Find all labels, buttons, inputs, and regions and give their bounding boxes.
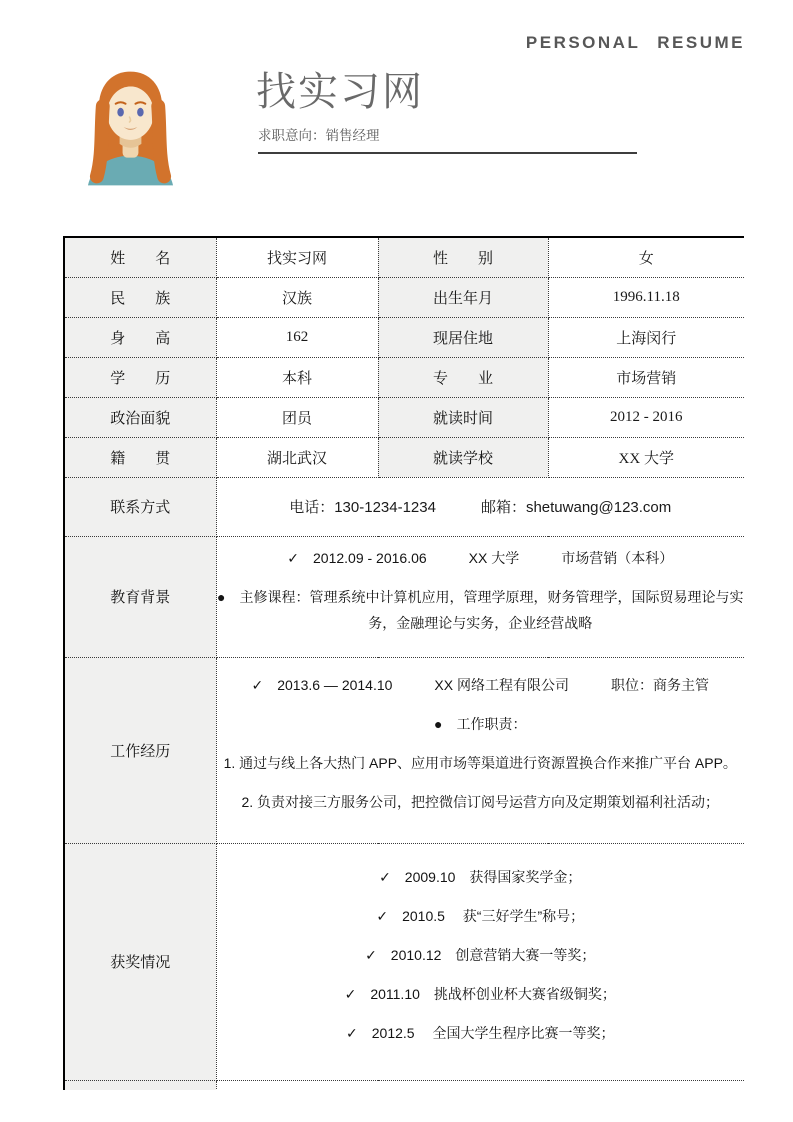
field-value-name: 找实习网 [216,237,378,277]
field-label-residence: 现居住地 [378,317,548,357]
section-line: ✓ 2011.10 挑战杯创业杯大赛省级铜奖； [217,981,745,1007]
field-label-ethnicity: 民 族 [64,277,216,317]
field-label-school: 就读学校 [378,437,548,477]
field-label-gender: 性 别 [378,237,548,277]
job-intention-text: 求职意向：销售经理 [258,124,380,144]
field-label-name: 姓 名 [64,237,216,277]
field-value-ethnicity: 汉族 [216,277,378,317]
field-value-political-status: 团员 [216,397,378,437]
basic-info-row: 姓 名 找实习网 性 别 女 [64,237,744,277]
applicant-name-title: 找实习网 [256,70,424,114]
section-line: 1. 通过与线上各大热门 APP、应用市场等渠道进行资源置换合作来推广平台 AP… [217,750,745,776]
field-value-major: 市场营销 [548,357,744,397]
field-value-residence: 上海闵行 [548,317,744,357]
field-value-gender: 女 [548,237,744,277]
section-label-awards: 获奖情况 [64,843,216,1080]
section-row-awards: 获奖情况 ✓ 2009.10 获得国家奖学金； ✓ 2010.5 获“三好学生”… [64,843,744,1080]
section-line: ✓ 2013.6 — 2014.10 XX 网络工程有限公司 职位：商务主管 [217,672,745,698]
field-value-height: 162 [216,317,378,357]
section-content-education: ✓ 2012.09 - 2016.06 XX 大学 市场营销（本科） ● 主修课… [216,536,744,657]
section-line: ● 主修课程：管理系统中计算机应用，管理学原理，财务管理学，国际贸易理论与实务，… [217,584,745,636]
field-value-study-period: 2012 - 2016 [548,397,744,437]
section-content-work: ✓ 2013.6 — 2014.10 XX 网络工程有限公司 职位：商务主管 ●… [216,657,744,843]
resume-page: PERSONAL RESUME [0,0,793,1122]
clipped-value-cell [216,1080,744,1090]
basic-info-row: 政治面貌 团员 就读时间 2012 - 2016 [64,397,744,437]
field-label-major: 专 业 [378,357,548,397]
field-label-political-status: 政治面貌 [64,397,216,437]
contact-row: 联系方式 电话：130-1234-1234 邮箱：shetuwang@123.c… [64,477,744,536]
resume-table: 姓 名 找实习网 性 别 女 民 族 汉族 出生年月 1996.11.18 身 … [63,236,744,1090]
section-line: ● 工作职责： [217,711,745,737]
section-line: ✓ 2010.5 获“三好学生”称号； [217,903,745,929]
field-label-education: 学 历 [64,357,216,397]
section-line: ✓ 2009.10 获得国家奖学金； [217,864,745,890]
basic-info-row: 民 族 汉族 出生年月 1996.11.18 [64,277,744,317]
field-label-study-period: 就读时间 [378,397,548,437]
section-label-education: 教育背景 [64,536,216,657]
basic-info-row: 身 高 162 现居住地 上海闵行 [64,317,744,357]
section-content-awards: ✓ 2009.10 获得国家奖学金； ✓ 2010.5 获“三好学生”称号； ✓… [216,843,744,1080]
clipped-next-row [64,1080,744,1090]
section-row-education: 教育背景 ✓ 2012.09 - 2016.06 XX 大学 市场营销（本科） … [64,536,744,657]
section-row-work: 工作经历 ✓ 2013.6 — 2014.10 XX 网络工程有限公司 职位：商… [64,657,744,843]
field-value-school: XX 大学 [548,437,744,477]
field-value-birthdate: 1996.11.18 [548,277,744,317]
field-value-native-place: 湖北武汉 [216,437,378,477]
personal-resume-heading: PERSONAL RESUME [526,33,745,53]
basic-info-row: 籍 贯 湖北武汉 就读学校 XX 大学 [64,437,744,477]
section-line: ✓ 2010.12 创意营销大赛一等奖； [217,942,745,968]
contact-value: 电话：130-1234-1234 邮箱：shetuwang@123.com [216,477,744,536]
field-label-native-place: 籍 贯 [64,437,216,477]
resume-table-container: 姓 名 找实习网 性 别 女 民 族 汉族 出生年月 1996.11.18 身 … [63,236,744,1090]
header-divider [258,152,637,154]
avatar [83,66,178,186]
field-value-education: 本科 [216,357,378,397]
section-label-work: 工作经历 [64,657,216,843]
section-line: ✓ 2012.5 全国大学生程序比赛一等奖； [217,1020,745,1046]
female-avatar-illustration [83,66,178,186]
contact-label: 联系方式 [64,477,216,536]
section-line: ✓ 2012.09 - 2016.06 XX 大学 市场营销（本科） [217,545,745,571]
field-label-birthdate: 出生年月 [378,277,548,317]
field-label-height: 身 高 [64,317,216,357]
section-line: 2. 负责对接三方服务公司，把控微信订阅号运营方向及定期策划福利社活动； [217,789,745,815]
basic-info-row: 学 历 本科 专 业 市场营销 [64,357,744,397]
clipped-label-cell [64,1080,216,1090]
